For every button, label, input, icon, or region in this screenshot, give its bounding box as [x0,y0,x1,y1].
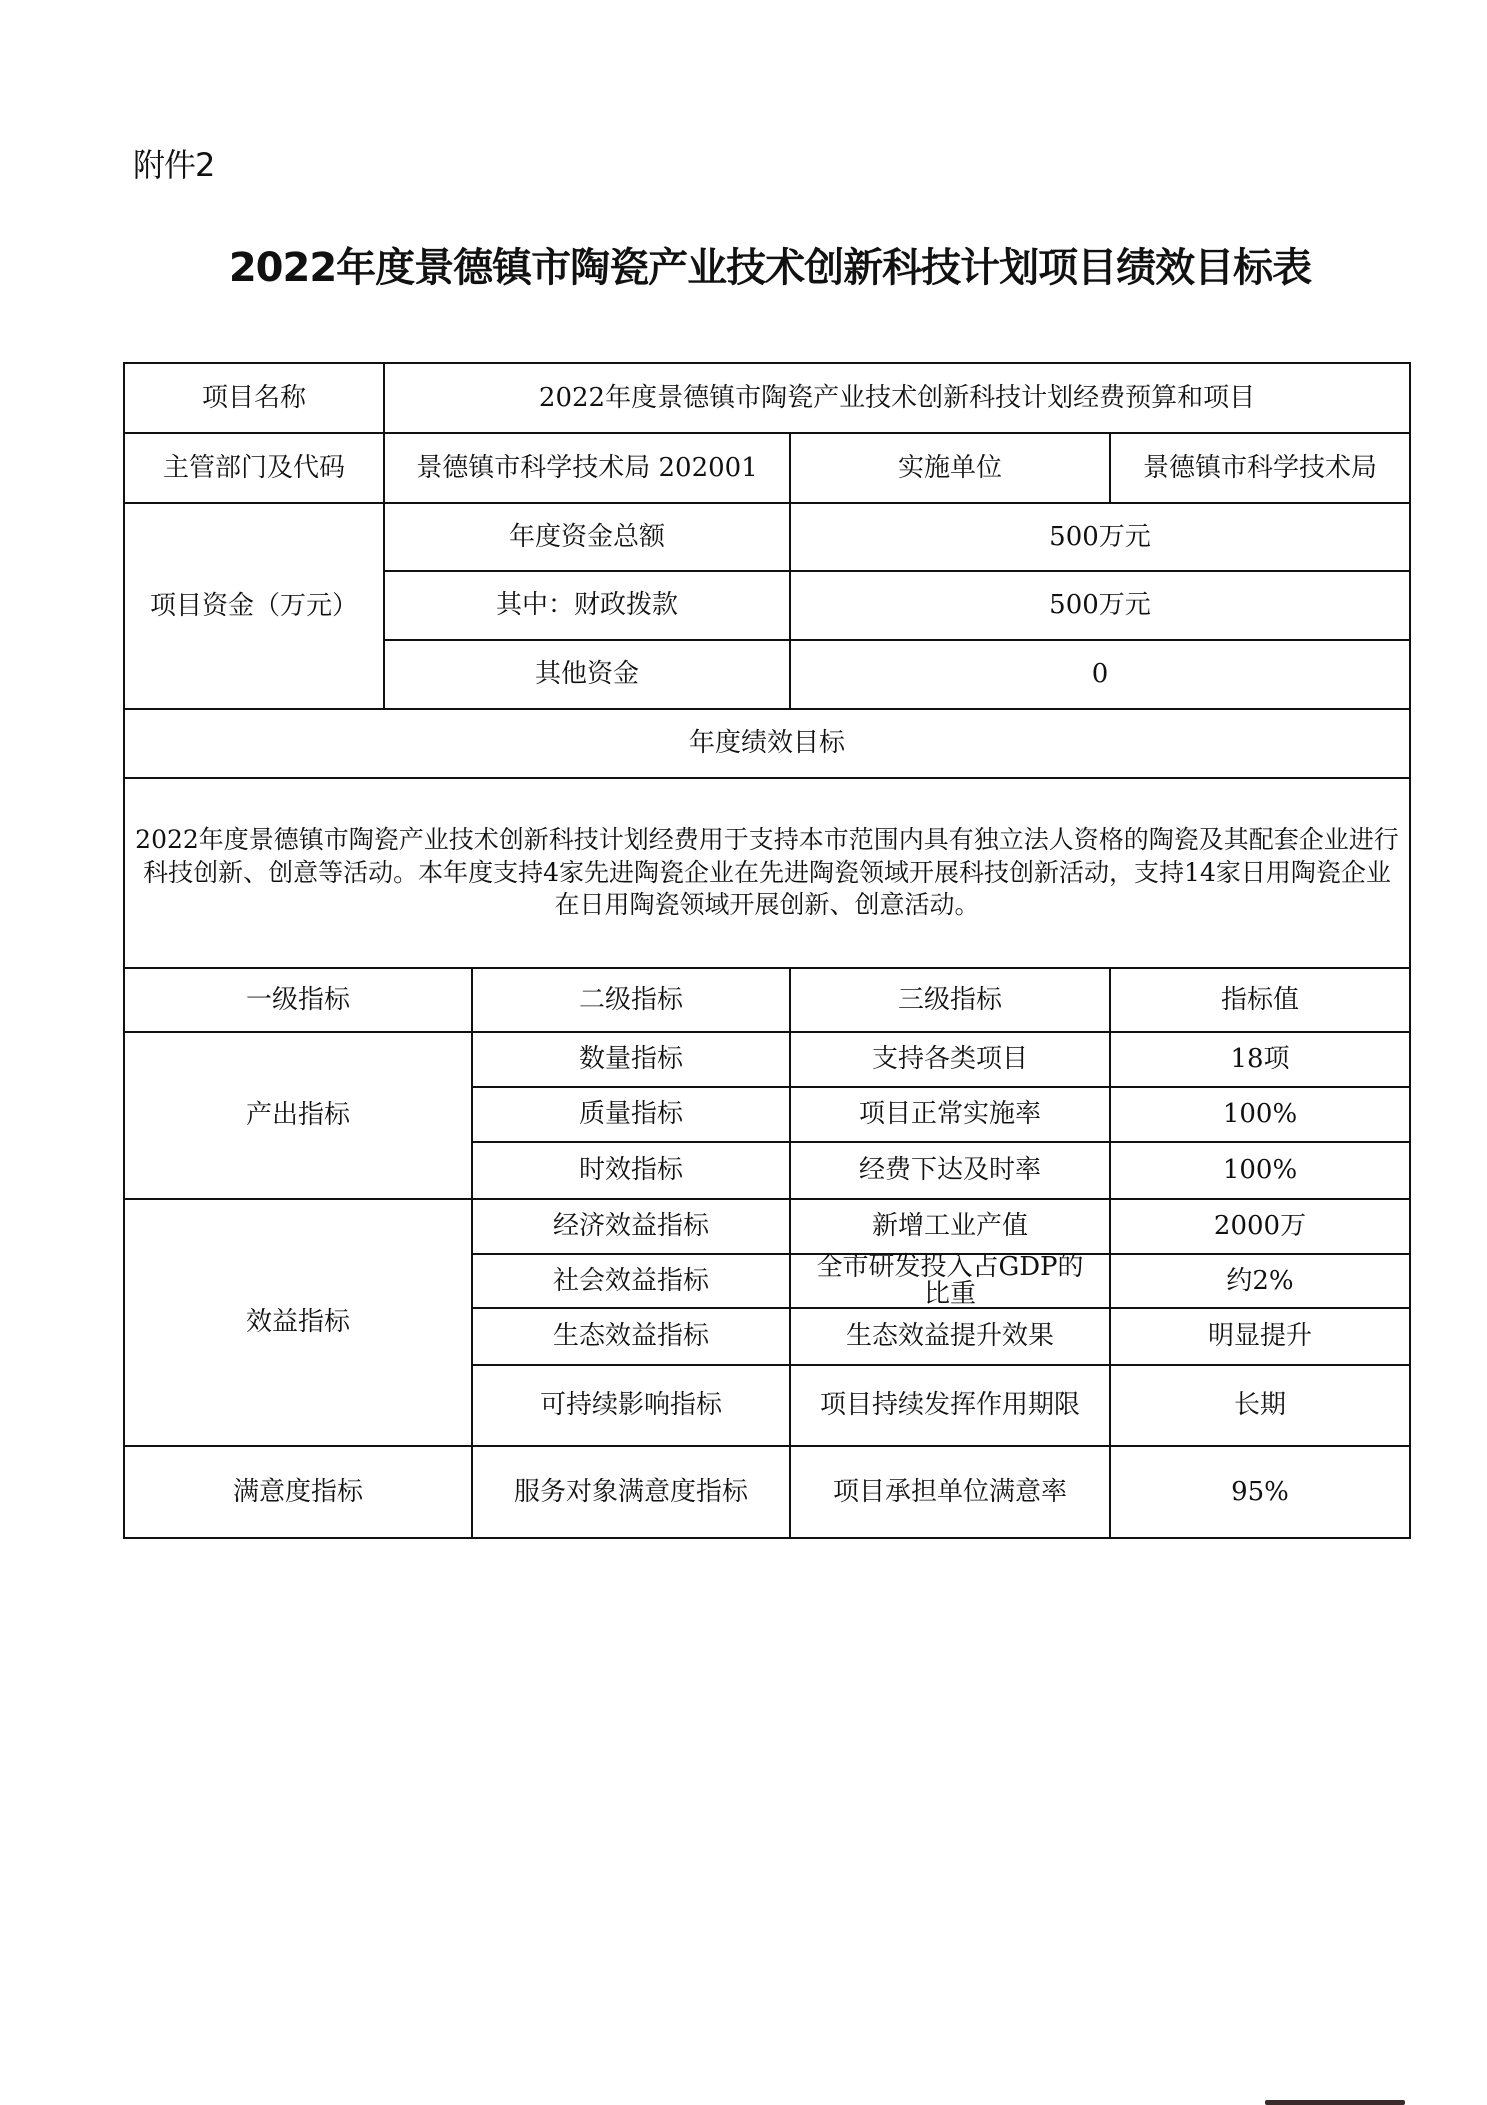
table-row-value: 明显提升 [1109,1307,1411,1366]
table-row-level2: 生态效益指标 [471,1307,791,1366]
level3-label: 支持各类项目 [872,1043,1028,1076]
department-value: 景德镇市科学技术局 202001 [416,452,758,485]
level3-label: 新增工业产值 [872,1210,1028,1243]
table-row-level2: 时效指标 [471,1141,791,1200]
attachment-label: 附件2 [133,140,214,186]
header-level3: 三级指标 [789,967,1111,1033]
funding-row-value-cell: 500万元 [789,502,1411,572]
funding-row-value-cell: 500万元 [789,570,1411,641]
header-value: 指标值 [1109,967,1411,1033]
header-value-label: 指标值 [1221,984,1299,1017]
annual-goal-heading-cell: 年度绩效目标 [123,708,1411,779]
project-name-cell: 2022年度景德镇市陶瓷产业技术创新科技计划经费预算和项目 [383,362,1411,434]
indicator-value: 100% [1223,1098,1297,1131]
indicator-value: 100% [1223,1154,1297,1187]
implementer-cell: 景德镇市科学技术局 [1109,432,1411,504]
scan-artifact [1265,2100,1405,2105]
level2-label: 质量指标 [579,1098,683,1131]
table-row-level3: 项目持续发挥作用期限 [789,1364,1111,1447]
table-row-level3: 新增工业产值 [789,1198,1111,1255]
level3-label: 经费下达及时率 [859,1154,1041,1187]
level2-label: 生态效益指标 [553,1320,709,1353]
project-name-label-cell: 项目名称 [123,362,385,434]
level3-label: 项目承担单位满意率 [833,1476,1067,1509]
table-row-level2: 数量指标 [471,1031,791,1088]
table-row-level3: 经费下达及时率 [789,1141,1111,1200]
level1-satisfaction-cell: 满意度指标 [123,1445,473,1539]
table-row-value: 18项 [1109,1031,1411,1088]
funding-other-value: 0 [1092,658,1109,691]
header-level1-label: 一级指标 [246,984,350,1017]
table-row-value: 100% [1109,1086,1411,1143]
funding-total-label: 年度资金总额 [509,521,665,554]
header-level3-label: 三级指标 [898,984,1002,1017]
project-name-value: 2022年度景德镇市陶瓷产业技术创新科技计划经费预算和项目 [539,382,1255,415]
annual-goal-heading: 年度绩效目标 [689,727,845,760]
level2-label: 可持续影响指标 [540,1389,722,1422]
header-level2-label: 二级指标 [579,984,683,1017]
level1-output: 产出指标 [246,1099,350,1132]
table-row-level2: 质量指标 [471,1086,791,1143]
indicator-value: 明显提升 [1208,1320,1312,1353]
implementer-label-cell: 实施单位 [789,432,1111,504]
table-row-level3: 项目承担单位满意率 [789,1445,1111,1539]
table-row-level3: 全市研发投入占GDP的比重 [789,1253,1111,1309]
table-row-value: 95% [1109,1445,1411,1539]
funding-row-label-cell: 其中：财政拨款 [383,570,791,641]
header-level1: 一级指标 [123,967,473,1033]
indicator-value: 长期 [1234,1389,1286,1422]
table-row-value: 2000万 [1109,1198,1411,1255]
indicator-value: 约2% [1226,1265,1293,1298]
page-title: 2022年度景德镇市陶瓷产业技术创新科技计划项目绩效目标表 [140,236,1400,293]
funding-label: 项目资金（万元） [150,590,358,623]
funding-fiscal-label: 其中：财政拨款 [496,589,678,622]
table-row-level2: 可持续影响指标 [471,1364,791,1447]
level2-label: 数量指标 [579,1043,683,1076]
project-name-label: 项目名称 [202,382,306,415]
implementer-value: 景德镇市科学技术局 [1143,452,1377,485]
implementer-label: 实施单位 [898,452,1002,485]
level2-label: 社会效益指标 [553,1265,709,1298]
indicator-value: 95% [1231,1476,1289,1509]
funding-row-label-cell: 年度资金总额 [383,502,791,572]
annual-goal-text-cell: 2022年度景德镇市陶瓷产业技术创新科技计划经费用于支持本市范围内具有独立法人资… [123,777,1411,969]
level3-label: 项目持续发挥作用期限 [820,1389,1080,1422]
level1-satisfaction: 满意度指标 [233,1476,363,1509]
table-row-level2: 服务对象满意度指标 [471,1445,791,1539]
table-row-level2: 社会效益指标 [471,1253,791,1309]
indicator-value: 18项 [1230,1043,1289,1076]
table-row-level3: 生态效益提升效果 [789,1307,1111,1366]
funding-row-value-cell: 0 [789,639,1411,710]
level1-benefit-cell: 效益指标 [123,1198,473,1447]
funding-total-value: 500万元 [1049,521,1151,554]
funding-fiscal-value: 500万元 [1049,589,1151,622]
annual-goal-text: 2022年度景德镇市陶瓷产业技术创新科技计划经费用于支持本市范围内具有独立法人资… [135,824,1399,922]
level2-label: 服务对象满意度指标 [514,1476,748,1509]
level3-label: 项目正常实施率 [859,1098,1041,1131]
level2-label: 时效指标 [579,1154,683,1187]
level3-label: 生态效益提升效果 [846,1320,1054,1353]
level2-label: 经济效益指标 [553,1210,709,1243]
header-level2: 二级指标 [471,967,791,1033]
level3-label: 全市研发投入占GDP的比重 [809,1254,1091,1309]
department-label: 主管部门及代码 [163,452,345,485]
department-cell: 景德镇市科学技术局 202001 [383,432,791,504]
department-label-cell: 主管部门及代码 [123,432,385,504]
funding-row-label-cell: 其他资金 [383,639,791,710]
funding-label-cell: 项目资金（万元） [123,502,385,710]
indicator-value: 2000万 [1214,1210,1306,1243]
table-row-level2: 经济效益指标 [471,1198,791,1255]
level1-benefit: 效益指标 [246,1306,350,1339]
table-row-level3: 支持各类项目 [789,1031,1111,1088]
level1-output-cell: 产出指标 [123,1031,473,1200]
table-row-level3: 项目正常实施率 [789,1086,1111,1143]
table-row-value: 长期 [1109,1364,1411,1447]
funding-other-label: 其他资金 [535,658,639,691]
table-row-value: 约2% [1109,1253,1411,1309]
table-row-value: 100% [1109,1141,1411,1200]
